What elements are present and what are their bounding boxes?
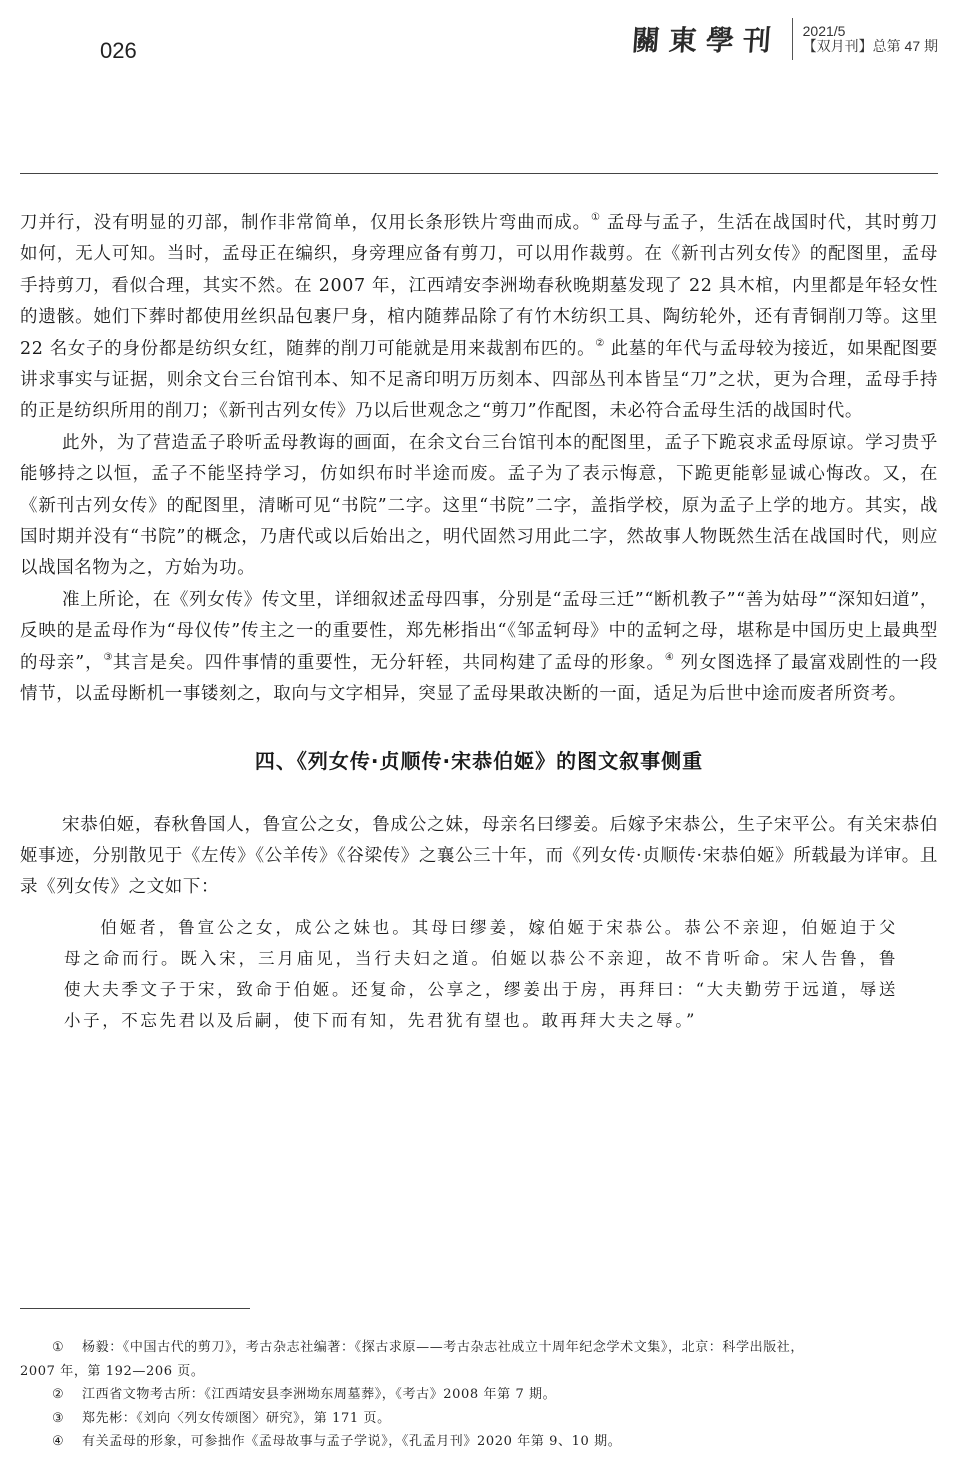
journal-masthead: 關東學刊 2021/5 【双月刊】总第 47 期 [632, 18, 938, 60]
footnote-text: 郑先彬：《刘向〈列女传颂图〉研究》，第 171 页。 [82, 1411, 391, 1426]
footnote-continuation: 2007 年，第 192—206 页。 [20, 1364, 205, 1379]
masthead-divider [792, 18, 793, 60]
footnote-1: ①杨毅：《中国古代的剪刀》，考古杂志社编著：《探古求原——考古杂志社成立十周年纪… [20, 1336, 938, 1383]
footnote-divider [20, 1308, 250, 1309]
footnote-ref-4[interactable]: ④ [665, 652, 674, 663]
footnote-2: ②江西省文物考古所：《江西靖安县李洲坳东周墓葬》，《考古》2008 年第 7 期… [20, 1383, 938, 1407]
article-body: 刀并行，没有明显的刃部，制作非常简单，仅用长条形铁片弯曲而成。① 孟母与孟子，生… [20, 208, 938, 1036]
footnote-marker: ④ [52, 1430, 82, 1454]
paragraph-3: 准上所论，在《列女传》传文里，详细叙述孟母四事，分别是“孟母三迁”“断机教子”“… [20, 585, 938, 711]
paragraph-text: 孟母与孟子，生活在战国时代，其时剪刀如何，无人可知。当时，孟母正在编织，身旁理应… [20, 213, 938, 359]
footnote-ref-3[interactable]: ③ [103, 652, 112, 663]
block-quote: 伯姬者，鲁宣公之女，成公之妹也。其母曰缪姜，嫁伯姬于宋恭公。恭公不亲迎，伯姬迫于… [64, 912, 898, 1036]
header-divider [20, 173, 938, 174]
page-number: 026 [100, 38, 137, 64]
footnotes: ①杨毅：《中国古代的剪刀》，考古杂志社编著：《探古求原——考古杂志社成立十周年纪… [20, 1336, 938, 1454]
footnote-marker: ② [52, 1383, 82, 1407]
issue-detail: 【双月刊】总第 47 期 [803, 39, 938, 54]
paragraph-text: 其言是矣。四件事情的重要性，无分轩轾，共同构建了孟母的形象。 [113, 653, 665, 673]
paragraph-4: 宋恭伯姬，春秋鲁国人，鲁宣公之女，鲁成公之妹，母亲名曰缪姜。后嫁予宋恭公，生子宋… [20, 810, 938, 904]
footnote-text: 杨毅：《中国古代的剪刀》，考古杂志社编著：《探古求原——考古杂志社成立十周年纪念… [82, 1340, 804, 1355]
footnote-4: ④有关孟母的形象，可参拙作《孟母故事与孟子学说》，《孔孟月刊》2020 年第 9… [20, 1430, 938, 1454]
footnote-text: 江西省文物考古所：《江西靖安县李洲坳东周墓葬》，《考古》2008 年第 7 期。 [82, 1387, 556, 1402]
footnote-text: 有关孟母的形象，可参拙作《孟母故事与孟子学说》，《孔孟月刊》2020 年第 9、… [82, 1434, 621, 1449]
issue-info: 2021/5 【双月刊】总第 47 期 [803, 24, 938, 54]
paragraph-1: 刀并行，没有明显的刃部，制作非常简单，仅用长条形铁片弯曲而成。① 孟母与孟子，生… [20, 208, 938, 428]
quote-text: 伯姬者，鲁宣公之女，成公之妹也。其母曰缪姜，嫁伯姬于宋恭公。恭公不亲迎，伯姬迫于… [64, 912, 898, 1036]
footnote-3: ③郑先彬：《刘向〈列女传颂图〉研究》，第 171 页。 [20, 1407, 938, 1431]
section-heading: 四、《列女传·贞顺传·宋恭伯姬》的图文叙事侧重 [20, 745, 938, 774]
footnote-marker: ③ [52, 1407, 82, 1431]
paragraph-2: 此外，为了营造孟子聆听孟母教诲的画面，在余文台三台馆刊本的配图里，孟子下跪哀求孟… [20, 428, 938, 585]
journal-logo: 關東學刊 [630, 19, 781, 59]
paragraph-text: 刀并行，没有明显的刃部，制作非常简单，仅用长条形铁片弯曲而成。 [20, 213, 591, 233]
footnote-marker: ① [52, 1336, 82, 1360]
footnote-ref-1[interactable]: ① [591, 212, 600, 223]
issue-date: 2021/5 [803, 24, 938, 39]
